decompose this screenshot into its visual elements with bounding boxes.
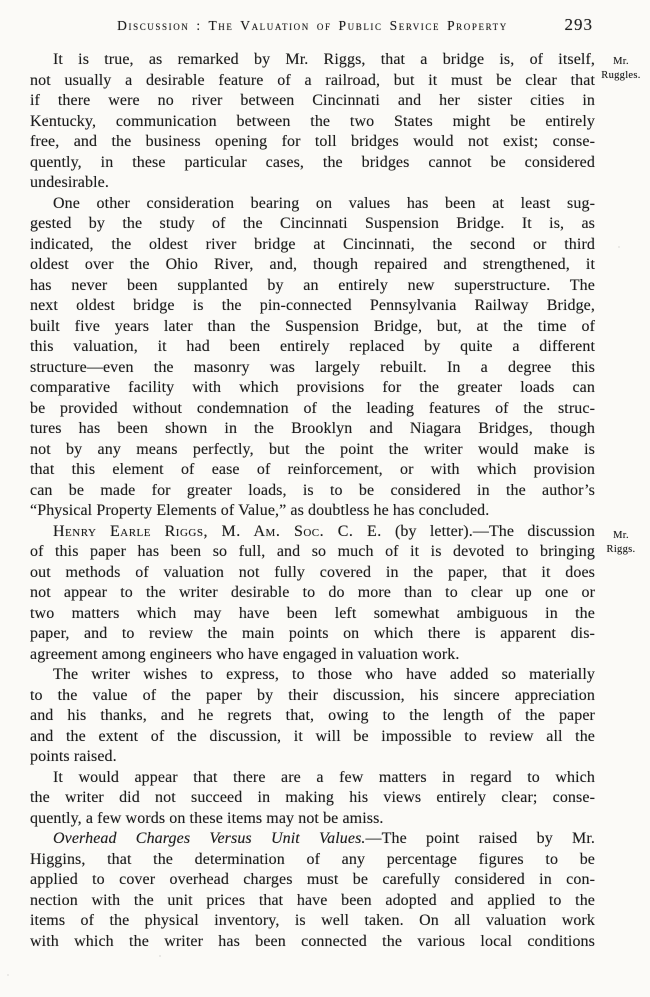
text-line: paper, and to review the main points on … xyxy=(30,624,595,645)
section-heading: Overhead Charges Versus Unit Values. xyxy=(53,830,366,847)
text-line: this valuation, it had been entirely rep… xyxy=(30,337,595,358)
text-segment: (by letter).—The discussion xyxy=(382,523,595,540)
margin-note-ruggles: Mr. Ruggles. xyxy=(594,55,648,82)
text-line: of this paper has been so full, and so m… xyxy=(30,542,595,563)
scanned-book-page: Discussion : The Valuation of Public Ser… xyxy=(0,0,650,997)
text-line: next oldest bridge is the pin-connected … xyxy=(30,296,595,317)
paragraph: One other consideration bearing on value… xyxy=(30,194,595,522)
text-line: applied to cover overhead charges must b… xyxy=(30,870,595,891)
running-header: Discussion : The Valuation of Public Ser… xyxy=(30,15,595,37)
paragraph: The writer wishes to express, to those w… xyxy=(30,665,595,768)
text-line: the writer did not succeed in making his… xyxy=(30,788,595,809)
speaker-name: Henry Earle Riggs, M. Am. Soc. C. E. xyxy=(53,523,382,540)
text-line: It would appear that there are a few mat… xyxy=(30,768,595,789)
text-line: and the extent of the discussion, it wil… xyxy=(30,727,595,748)
text-line: if there were no river between Cincinnat… xyxy=(30,91,595,112)
text-line: out methods of valuation not fully cover… xyxy=(30,563,595,584)
text-line: quently, in these particular cases, the … xyxy=(30,153,595,174)
paragraph: Overhead Charges Versus Unit Values.—The… xyxy=(30,829,595,952)
text-line: comparative facility with which provisio… xyxy=(30,378,595,399)
text-line: agreement among engineers who have engag… xyxy=(30,645,595,666)
text-line: gested by the study of the Cincinnati Su… xyxy=(30,214,595,235)
text-column: It is true, as remarked by Mr. Riggs, th… xyxy=(30,50,595,952)
text-line: points raised. xyxy=(30,747,595,768)
text-line: items of the physical inventory, is well… xyxy=(30,911,595,932)
text-line: The writer wishes to express, to those w… xyxy=(30,665,595,686)
text-line: Kentucky, communication between the two … xyxy=(30,112,595,133)
margin-note-line: Mr. xyxy=(594,55,648,69)
text-line: that this element of ease of reinforceme… xyxy=(30,460,595,481)
text-line: be provided without condemnation of the … xyxy=(30,399,595,420)
paragraph: Henry Earle Riggs, M. Am. Soc. C. E. (by… xyxy=(30,522,595,666)
margin-note-line: Mr. xyxy=(594,529,648,543)
margin-note-line: Riggs. xyxy=(594,543,648,557)
text-line: with which the writer has been connected… xyxy=(30,932,595,953)
text-line: not appear to the writer desirable to do… xyxy=(30,583,595,604)
text-line: has never been supplanted by an entirely… xyxy=(30,276,595,297)
text-line: undesirable. xyxy=(30,173,595,194)
text-line: to the value of the paper by their discu… xyxy=(30,686,595,707)
text-line: free, and the business opening for toll … xyxy=(30,132,595,153)
text-line: and his thanks, and he regrets that, owi… xyxy=(30,706,595,727)
text-line: indicated, the oldest river bridge at Ci… xyxy=(30,235,595,256)
page-title: Discussion : The Valuation of Public Ser… xyxy=(117,15,508,34)
text-line: Henry Earle Riggs, M. Am. Soc. C. E. (by… xyxy=(30,522,595,543)
text-line: One other consideration bearing on value… xyxy=(30,194,595,215)
text-line: can be made for greater loads, is to be … xyxy=(30,481,595,502)
margin-note-line: Ruggles. xyxy=(594,69,648,83)
page-number: 293 xyxy=(565,15,594,35)
text-line: built five years later than the Suspensi… xyxy=(30,317,595,338)
text-line: not usually a desirable feature of a rai… xyxy=(30,71,595,92)
margin-note-riggs: Mr. Riggs. xyxy=(594,529,648,556)
text-line: structure—even the masonry was largely r… xyxy=(30,358,595,379)
text-line: nection with the unit prices that have b… xyxy=(30,891,595,912)
text-line: Higgins, that the determination of any p… xyxy=(30,850,595,871)
text-line: quently, a few words on these items may … xyxy=(30,809,595,830)
text-segment: —The point raised by Mr. xyxy=(366,830,596,847)
paragraph: It would appear that there are a few mat… xyxy=(30,768,595,830)
text-line: not by any means perfectly, but the poin… xyxy=(30,440,595,461)
text-line: It is true, as remarked by Mr. Riggs, th… xyxy=(30,50,595,71)
paragraph: It is true, as remarked by Mr. Riggs, th… xyxy=(30,50,595,194)
text-line: tures has been shown in the Brooklyn and… xyxy=(30,419,595,440)
text-line: “Physical Property Elements of Value,” a… xyxy=(30,501,595,522)
text-line: oldest over the Ohio River, and, though … xyxy=(30,255,595,276)
text-line: two matters which may have been left som… xyxy=(30,604,595,625)
text-line: Overhead Charges Versus Unit Values.—The… xyxy=(30,829,595,850)
